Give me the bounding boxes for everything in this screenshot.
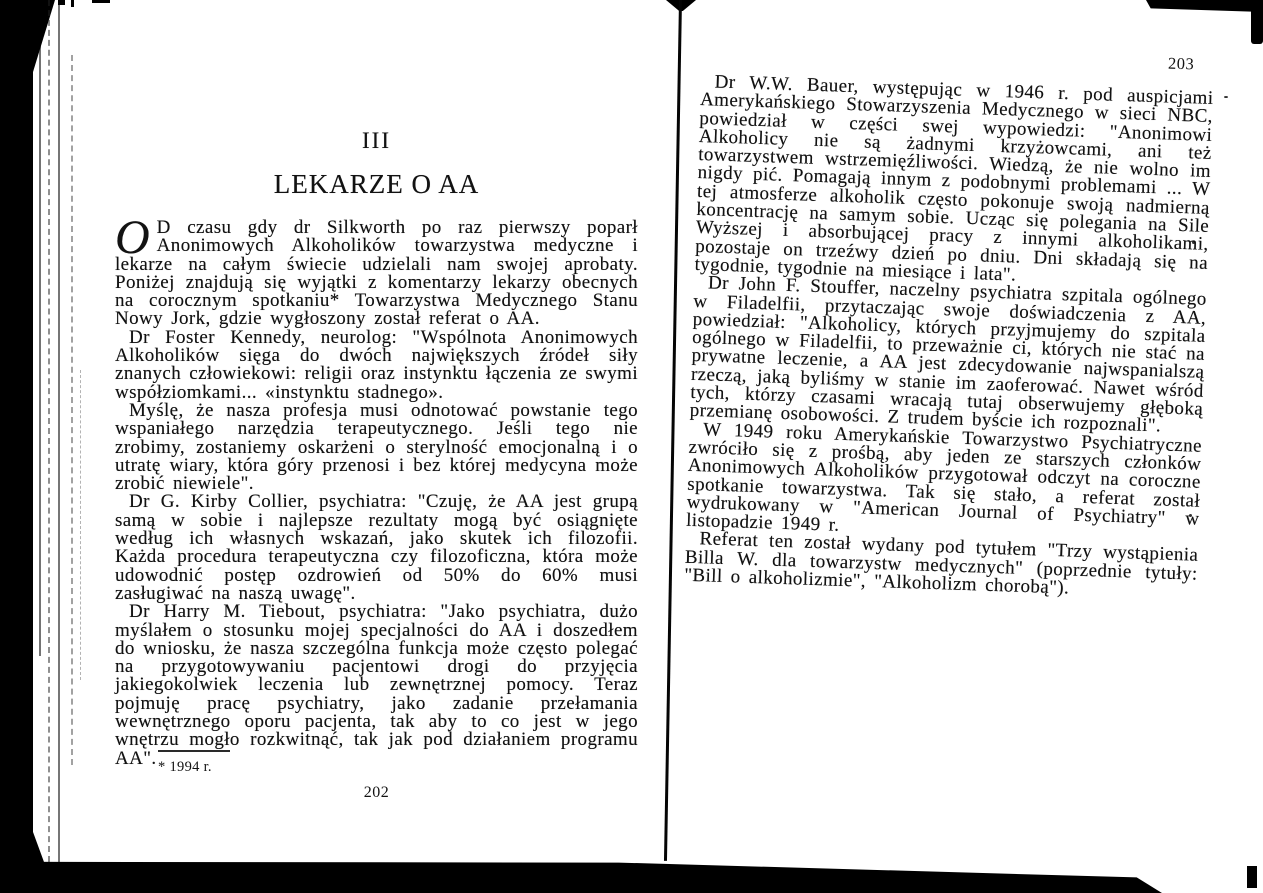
paragraph-ww-bauer: Dr W.W. Bauer, występując w 1946 r. pod … xyxy=(694,73,1213,291)
footnote: * 1994 r. xyxy=(158,750,458,776)
scan-scratch-line xyxy=(58,0,60,870)
scan-edge-left-wedge xyxy=(33,0,55,72)
scan-scratch-line xyxy=(48,0,50,862)
footnote-text: * 1994 r. xyxy=(158,759,458,776)
paragraph-john-stouffer: Dr John F. Stouffer, naczelny psychiatra… xyxy=(689,274,1207,437)
book-scan-spread: III LEKARZE O AA OD czasu gdy dr Silkwor… xyxy=(0,0,1263,893)
chapter-number: III xyxy=(115,128,638,154)
paragraph-kennedy-cont: Myślę, że nasza profesja musi odnotować … xyxy=(115,402,638,493)
page-number-right: 203 xyxy=(1168,54,1195,75)
left-page-body: OD czasu gdy dr Silkworth po raz pierwsz… xyxy=(115,219,638,768)
scan-edge-left xyxy=(0,0,33,893)
scan-edge-bottom-right-mark xyxy=(1247,866,1257,888)
scan-edge-right-corner xyxy=(1251,0,1263,44)
scan-edge-bottom xyxy=(0,854,1263,893)
paragraph-kirby-collier: Dr G. Kirby Collier, psychiatra: "Czuję,… xyxy=(115,493,638,603)
scan-scratch-line xyxy=(39,6,41,656)
paragraph-harry-tiebout: Dr Harry M. Tiebout, psychiatra: "Jako p… xyxy=(115,603,638,768)
footnote-divider xyxy=(158,750,230,752)
right-page: Dr W.W. Bauer, występując w 1946 r. pod … xyxy=(684,73,1214,602)
page-number-left: 202 xyxy=(115,784,638,802)
scan-top-tick xyxy=(71,0,74,7)
chapter-title: LEKARZE O AA xyxy=(115,169,638,199)
paragraph-opening: OD czasu gdy dr Silkworth po raz pierwsz… xyxy=(115,219,638,329)
opening-text: D czasu gdy dr Silkworth po raz pierwszy… xyxy=(115,217,638,329)
scan-speck xyxy=(1224,96,1228,98)
drop-cap: O xyxy=(115,221,150,254)
left-page: III LEKARZE O AA OD czasu gdy dr Silkwor… xyxy=(115,128,638,768)
gutter-shadow-line xyxy=(664,0,682,861)
scan-top-tick xyxy=(58,0,65,5)
paragraph-1949-referat: W 1949 roku Amerykańskie Towarzystwo Psy… xyxy=(686,420,1202,547)
scan-top-tick xyxy=(92,0,110,3)
paragraph-foster-kennedy: Dr Foster Kennedy, neurolog: "Wspólnota … xyxy=(115,329,638,402)
scan-edge-top-right xyxy=(1146,0,1263,12)
scan-scratch-line xyxy=(80,370,81,680)
scan-scratch-line xyxy=(71,55,73,765)
scan-edge-left-bulge xyxy=(33,832,44,862)
